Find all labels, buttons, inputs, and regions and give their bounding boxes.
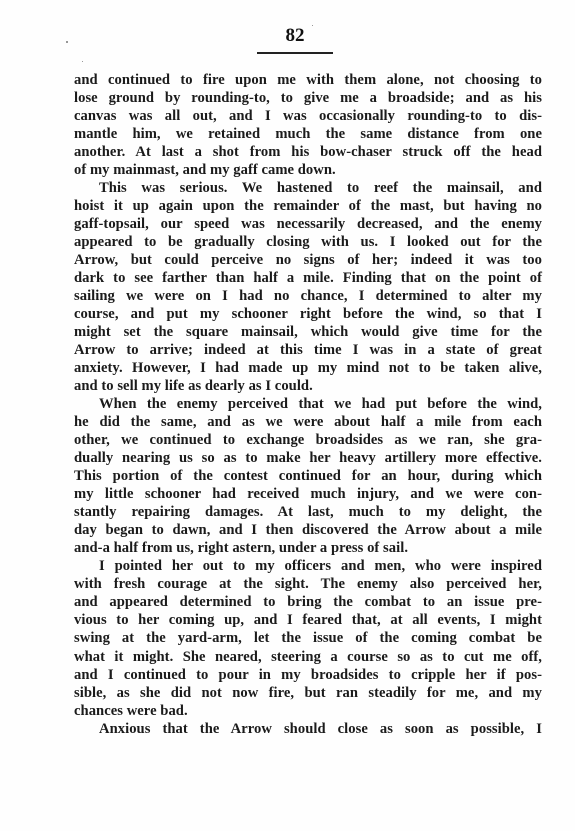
text-line: my little schooner had received much inj… xyxy=(74,485,542,503)
text-line: another. At last a shot from his bow-cha… xyxy=(74,143,542,161)
body-text: and continued to fire upon me with them … xyxy=(74,71,542,738)
text-line: with fresh courage at the sight. The ene… xyxy=(74,575,542,593)
text-line: anxiety. However, I had made up my mind … xyxy=(74,359,542,377)
text-line: sailing we were on I had no chance, I de… xyxy=(74,287,542,305)
paragraph: This was serious. We hastened to reef th… xyxy=(74,179,542,395)
text-line: appeared to be gradually closing with us… xyxy=(74,233,542,251)
text-line: other, we continued to exchange broadsid… xyxy=(74,431,542,449)
text-line: and-a half from us, right astern, under … xyxy=(74,539,542,557)
text-line: might set the square mainsail, which wou… xyxy=(74,323,542,341)
text-line: When the enemy perceived that we had put… xyxy=(74,395,542,413)
text-line: and continued to fire upon me with them … xyxy=(74,71,542,89)
paragraph: I pointed her out to my officers and men… xyxy=(74,557,542,719)
text-line: Arrow, but could perceive no signs of he… xyxy=(74,251,542,269)
page-number: 82 xyxy=(240,26,350,46)
scan-speck xyxy=(66,41,68,43)
text-line: Anxious that the Arrow should close as s… xyxy=(74,720,542,738)
paragraph: and continued to fire upon me with them … xyxy=(74,71,542,179)
text-line: course, and put my schooner right before… xyxy=(74,305,542,323)
text-line: I pointed her out to my officers and men… xyxy=(74,557,542,575)
text-line: This was serious. We hastened to reef th… xyxy=(74,179,542,197)
text-line: he did the same, and as we were about ha… xyxy=(74,413,542,431)
scan-speck xyxy=(82,61,83,62)
text-line: lose ground by rounding-to, to give me a… xyxy=(74,89,542,107)
text-line: gaff-topsail, our speed was necessarily … xyxy=(74,215,542,233)
text-line: sible, as she did not now fire, but ran … xyxy=(74,684,542,702)
text-line: Arrow to arrive; indeed at this time I w… xyxy=(74,341,542,359)
text-line: stantly repairing damages. At last, much… xyxy=(74,503,542,521)
header-rule xyxy=(257,52,333,54)
text-line: and to sell my life as dearly as I could… xyxy=(74,377,542,395)
paragraph: When the enemy perceived that we had put… xyxy=(74,395,542,557)
text-line: dually nearing us so as to make her heav… xyxy=(74,449,542,467)
text-line: dark to see farther than half a mile. Fi… xyxy=(74,269,542,287)
text-line: and appeared determined to bring the com… xyxy=(74,593,542,611)
paragraph: Anxious that the Arrow should close as s… xyxy=(74,720,542,738)
text-line: day began to dawn, and I then discovered… xyxy=(74,521,542,539)
book-page: 82 and continued to fire upon me with th… xyxy=(0,0,575,831)
page-header: 82 xyxy=(240,26,350,54)
text-line: This portion of the contest continued fo… xyxy=(74,467,542,485)
text-line: what it might. She neared, steering a co… xyxy=(74,648,542,666)
text-line: of my mainmast, and my gaff came down. xyxy=(74,161,542,179)
text-line: and I continued to pour in my broadsides… xyxy=(74,666,542,684)
text-line: mantle him, we retained much the same di… xyxy=(74,125,542,143)
text-line: chances were bad. xyxy=(74,702,542,720)
text-line: hoist it up again upon the remainder of … xyxy=(74,197,542,215)
text-line: canvas was all out, and I was occasional… xyxy=(74,107,542,125)
text-line: swing at the yard-arm, let the issue of … xyxy=(74,629,542,647)
text-line: vious to her coming up, and I feared tha… xyxy=(74,611,542,629)
